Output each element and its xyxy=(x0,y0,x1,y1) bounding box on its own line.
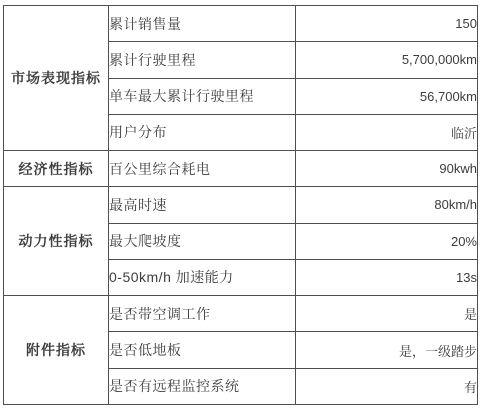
category-cell-power: 动力性指标 xyxy=(4,187,109,296)
value-cell: 56,700km xyxy=(296,78,478,114)
value-cell: 5,700,000km xyxy=(296,42,478,78)
metric-cell: 单车最大累计行驶里程 xyxy=(109,78,296,114)
category-cell-economy: 经济性指标 xyxy=(4,151,109,187)
metric-cell: 百公里综合耗电 xyxy=(109,151,296,187)
value-cell: 80km/h xyxy=(296,187,478,223)
document-page: 市场表现指标 累计销售量 150 累计行驶里程 5,700,000km 单车最大… xyxy=(0,0,480,408)
metric-cell: 是否低地板 xyxy=(109,332,296,368)
metric-cell: 用户分布 xyxy=(109,114,296,150)
category-cell-accessory: 附件指标 xyxy=(4,296,109,405)
value-cell: 是，一级踏步 xyxy=(296,332,478,368)
table-row: 市场表现指标 累计销售量 150 xyxy=(4,6,478,42)
value-cell: 20% xyxy=(296,223,478,259)
metric-cell: 累计销售量 xyxy=(109,6,296,42)
category-cell-market: 市场表现指标 xyxy=(4,6,109,151)
metric-cell: 是否有远程监控系统 xyxy=(109,368,296,404)
metric-cell: 是否带空调工作 xyxy=(109,296,296,332)
value-cell: 有 xyxy=(296,368,478,404)
metric-cell: 最大爬坡度 xyxy=(109,223,296,259)
value-cell: 临沂 xyxy=(296,114,478,150)
metric-cell: 累计行驶里程 xyxy=(109,42,296,78)
table-row: 附件指标 是否带空调工作 是 xyxy=(4,296,478,332)
value-cell: 是 xyxy=(296,296,478,332)
metric-cell: 0-50km/h 加速能力 xyxy=(109,259,296,295)
table-row: 经济性指标 百公里综合耗电 90kwh xyxy=(4,151,478,187)
value-cell: 150 xyxy=(296,6,478,42)
table-row: 动力性指标 最高时速 80km/h xyxy=(4,187,478,223)
metric-cell: 最高时速 xyxy=(109,187,296,223)
indicator-table: 市场表现指标 累计销售量 150 累计行驶里程 5,700,000km 单车最大… xyxy=(3,5,478,405)
value-cell: 90kwh xyxy=(296,151,478,187)
value-cell: 13s xyxy=(296,259,478,295)
